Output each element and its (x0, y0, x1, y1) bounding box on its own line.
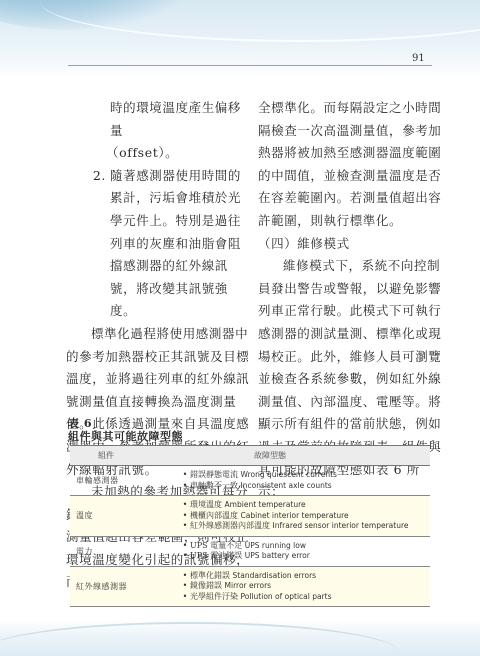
fault-en: UPS battery error (245, 551, 310, 560)
component-cell: 電力 (70, 536, 180, 566)
table-row: 車輪感測器 •錯誤靜態電流 Wrong quiescent currents •… (70, 466, 430, 496)
header-rule (68, 65, 432, 66)
bullet-icon: • (180, 481, 190, 492)
fault-cell: •UPS 電量不足 UPS running low •UPS 電池錯誤 UPS … (180, 536, 430, 566)
table-row: 溫度 •環境溫度 Ambient temperature •機櫃內部溫度 Cab… (70, 496, 430, 537)
fault-zh: 標準化錯誤 (190, 571, 230, 580)
fault-item: •機櫃內部溫度 Cabinet interior temperature (180, 511, 430, 522)
fault-item: •標準化錯誤 Standardisation errors (180, 571, 430, 582)
fault-en: Infrared sensor interior temperature (273, 521, 409, 530)
fault-item: •紅外線感測器內部溫度 Infrared sensor interior tem… (180, 521, 430, 532)
fault-en: Mirror errors (225, 581, 272, 590)
fault-en: Cabinet interior temperature (241, 511, 349, 520)
fault-zh: 光學組件汙染 (190, 592, 238, 601)
paragraph-continuation: 全標準化。而每隔設定之小時間隔檢查一次高溫測量值，參考加熱器將被加熱至感測器溫度… (258, 97, 444, 233)
fault-en: UPS running low (245, 541, 306, 550)
list-item-text: 隨著感測器使用時間的累計，污垢會堆積於光學元件上。特別是過往列車的灰塵和油脂會阻… (110, 165, 252, 323)
fault-cell: •錯誤靜態電流 Wrong quiescent currents •車軸數不一致… (180, 466, 430, 496)
fault-cell: •環境溫度 Ambient temperature •機櫃內部溫度 Cabine… (180, 496, 430, 537)
fault-zh: 鏡像錯誤 (190, 581, 222, 590)
bullet-icon: • (180, 581, 190, 592)
fault-cell: •標準化錯誤 Standardisation errors •鏡像錯誤 Mirr… (180, 566, 430, 607)
fault-en: Ambient temperature (225, 500, 306, 509)
fault-en: Wrong quiescent currents (241, 470, 337, 479)
bullet-icon: • (180, 500, 190, 511)
list-continuation-line: （offset）。 (66, 142, 252, 165)
bullet-icon: • (180, 551, 190, 562)
bullet-icon: • (180, 571, 190, 582)
table-header-row: 組件 故障型態 (70, 446, 430, 466)
table-row: 紅外線感測器 •標準化錯誤 Standardisation errors •鏡像… (70, 566, 430, 607)
fault-list: •錯誤靜態電流 Wrong quiescent currents •車軸數不一致… (180, 466, 430, 495)
fault-en: Pollution of optical parts (241, 592, 332, 601)
fault-item: •光學組件汙染 Pollution of optical parts (180, 592, 430, 603)
footer-decoration (0, 620, 480, 656)
list-continuation-line: 時的環境溫度產生偏移量 (66, 97, 252, 142)
bullet-icon: • (180, 511, 190, 522)
fault-zh: 紅外線感測器內部溫度 (190, 521, 270, 530)
section-heading: （四）維修模式 (258, 233, 444, 256)
table-row: 電力 •UPS 電量不足 UPS running low •UPS 電池錯誤 U… (70, 536, 430, 566)
fault-zh: UPS 電池錯誤 (190, 551, 242, 560)
header-decoration (0, 0, 480, 80)
fault-type-table: 組件 故障型態 車輪感測器 •錯誤靜態電流 Wrong quiescent cu… (70, 445, 430, 607)
bullet-icon: • (180, 470, 190, 481)
fault-item: •車軸數不一致 Inconsistent axle counts (180, 481, 430, 492)
table-title: 組件與其可能故障型態 (68, 430, 183, 443)
bullet-icon: • (180, 592, 190, 603)
fault-item: •UPS 電量不足 UPS running low (180, 541, 430, 552)
bullet-icon: • (180, 541, 190, 552)
fault-list: •標準化錯誤 Standardisation errors •鏡像錯誤 Mirr… (180, 567, 430, 607)
fault-item: •環境溫度 Ambient temperature (180, 500, 430, 511)
fault-item: •鏡像錯誤 Mirror errors (180, 581, 430, 592)
table-caption: 表 6 組件與其可能故障型態 (68, 417, 183, 443)
right-column: 全標準化。而每隔設定之小時間隔檢查一次高溫測量值，參考加熱器將被加熱至感測器溫度… (258, 97, 444, 504)
fault-zh: 環境溫度 (190, 500, 222, 509)
fault-zh: 錯誤靜態電流 (190, 470, 238, 479)
fault-zh: 機櫃內部溫度 (190, 511, 238, 520)
column-header-fault-type: 故障型態 (180, 446, 430, 466)
page-number: 91 (412, 53, 425, 64)
fault-zh: UPS 電量不足 (190, 541, 242, 550)
fault-zh: 車軸數不一致 (190, 481, 238, 490)
fault-list: •UPS 電量不足 UPS running low •UPS 電池錯誤 UPS … (180, 537, 430, 566)
component-cell: 紅外線感測器 (70, 566, 180, 607)
fault-item: •錯誤靜態電流 Wrong quiescent currents (180, 470, 430, 481)
list-number: 2. (84, 165, 110, 323)
fault-en: Inconsistent axle counts (241, 481, 332, 490)
component-cell: 車輪感測器 (70, 466, 180, 496)
column-header-component: 組件 (70, 446, 180, 466)
table-label: 表 6 (68, 417, 183, 430)
bullet-icon: • (180, 521, 190, 532)
fault-item: •UPS 電池錯誤 UPS battery error (180, 551, 430, 562)
list-item-2: 2. 隨著感測器使用時間的累計，污垢會堆積於光學元件上。特別是過往列車的灰塵和油… (66, 165, 252, 323)
fault-en: Standardisation errors (233, 571, 317, 580)
fault-list: •環境溫度 Ambient temperature •機櫃內部溫度 Cabine… (180, 496, 430, 536)
component-cell: 溫度 (70, 496, 180, 537)
